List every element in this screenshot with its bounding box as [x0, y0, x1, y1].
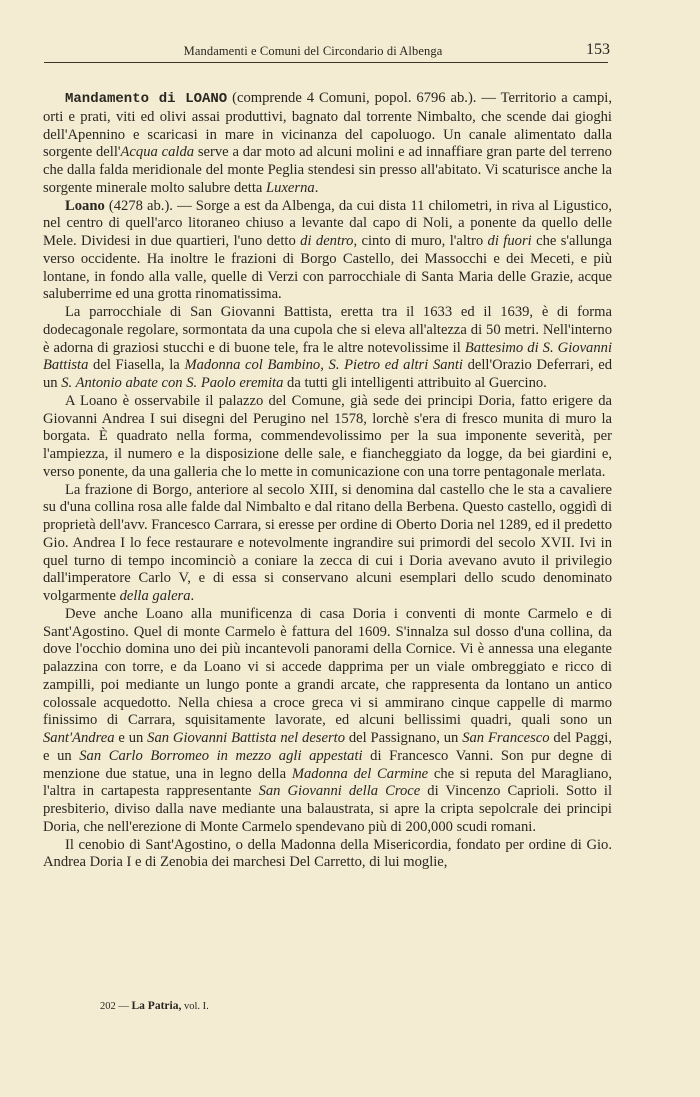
page-header: Mandamenti e Comuni del Circondario di A… [44, 40, 612, 62]
italic-text: Luxerna [266, 180, 315, 196]
running-title: Mandamenti e Comuni del Circondario di A… [44, 44, 612, 59]
text-run: , cinto di muro, l'altro [353, 233, 487, 249]
footer-publication-title: La Patria, [132, 1000, 182, 1012]
italic-text: San Carlo Borromeo in mezzo agli appesta… [79, 748, 362, 764]
paragraph: Deve anche Loano alla munificenza di cas… [43, 606, 612, 837]
text-run: Il cenobio di Sant'Agostino, o della Mad… [43, 837, 612, 871]
italic-text: San Francesco [462, 730, 549, 746]
text-run: . [315, 180, 319, 196]
italic-text: Madonna del Carmine [292, 766, 428, 782]
text-run: del Passignano, un [345, 730, 462, 746]
paragraph: Il cenobio di Sant'Agostino, o della Mad… [43, 837, 612, 873]
paragraph: Loano (4278 ab.). — Sorge a est da Alben… [43, 198, 612, 305]
italic-text: S. Antonio abate con S. Paolo eremita [61, 375, 283, 391]
italic-text: S. Pietro ed altri Santi [329, 357, 463, 373]
italic-text: di fuori [488, 233, 532, 249]
text-run: , [320, 357, 328, 373]
text-run: La frazione di Borgo, anteriore al secol… [43, 482, 612, 605]
italic-text: Madonna col Bambino [184, 357, 320, 373]
text-run: Deve anche Loano alla munificenza di cas… [43, 606, 612, 729]
italic-text: della galera [120, 588, 191, 604]
paragraph: La frazione di Borgo, anteriore al secol… [43, 482, 612, 606]
italic-text: San Giovanni Battista nel deserto [147, 730, 345, 746]
bold-text: Loano [65, 198, 105, 214]
header-rule [44, 62, 608, 63]
paragraph: Mandamento di LOANO (comprende 4 Comuni,… [43, 90, 612, 198]
italic-text: Acqua calda [121, 144, 195, 160]
bold-text: Mandamento di [65, 91, 185, 107]
text-run: del Fiasella, la [88, 357, 184, 373]
footer-signature-number: 202 — [100, 1001, 132, 1012]
text-run: A Loano è osservabile il palazzo del Com… [43, 393, 612, 480]
bold-text: LOANO [185, 91, 227, 107]
italic-text: San Giovanni della Croce [259, 783, 421, 799]
text-run: . [191, 588, 195, 604]
paragraph: A Loano è osservabile il palazzo del Com… [43, 393, 612, 482]
italic-text: Sant'Andrea [43, 730, 115, 746]
body-text: Mandamento di LOANO (comprende 4 Comuni,… [43, 90, 612, 872]
footer-volume: vol. I. [181, 1001, 208, 1012]
page-footer: 202 — La Patria, vol. I. [100, 1000, 209, 1012]
text-run: da tutti gli intelligenti attribuito al … [283, 375, 546, 391]
page-number: 153 [586, 41, 610, 59]
text-run: e un [115, 730, 148, 746]
paragraph: La parrocchiale di San Giovanni Battista… [43, 304, 612, 393]
italic-text: di dentro [300, 233, 353, 249]
